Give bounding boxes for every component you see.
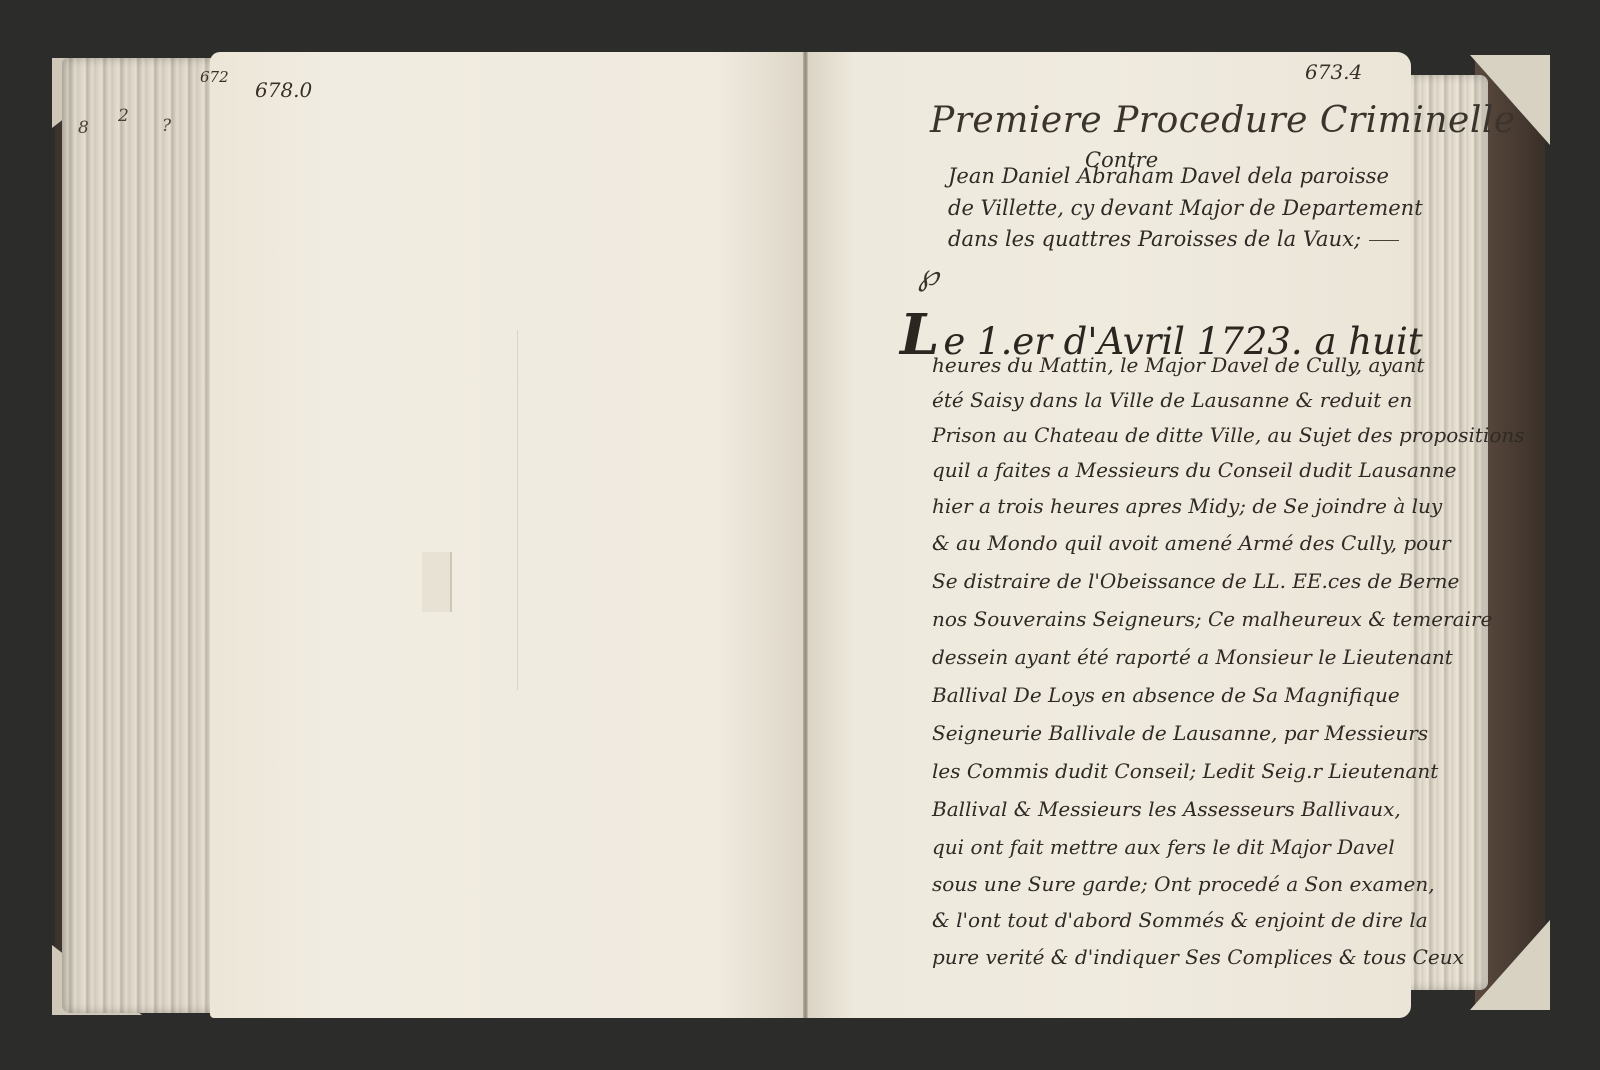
page-fold-crease (517, 330, 518, 690)
folio-number-left: 678.0 (255, 78, 312, 102)
body-line: & l'ont tout d'abord Sommés & enjoint de… (932, 908, 1428, 932)
body-line: sous une Sure garde; Ont procedé a Son e… (932, 872, 1435, 896)
fore-edge-mark: ? (162, 116, 171, 136)
left-page-stack: 8 2 ? (62, 58, 232, 1013)
body-line: pure verité & d'indiquer Ses Complices &… (932, 945, 1464, 969)
fore-edge-mark: 2 (118, 106, 129, 126)
folio-number-right: 673.4 (1305, 60, 1362, 84)
body-line: quil a faites a Messieurs du Conseil dud… (932, 458, 1456, 482)
folio-number-previous: 672 (200, 68, 229, 86)
body-line: dessein ayant été raporté a Monsieur le … (932, 645, 1453, 669)
subtitle-line: Jean Daniel Abraham Davel dela paroisse (948, 164, 1389, 188)
fore-edge-mark: 8 (78, 118, 89, 138)
document-title: Premiere Procedure Criminelle (930, 100, 1516, 141)
body-line: les Commis dudit Conseil; Ledit Seig.r L… (932, 759, 1438, 783)
body-line: nos Souverains Seigneurs; Ce malheureux … (932, 607, 1492, 631)
body-line: hier a trois heures apres Midy; de Se jo… (932, 494, 1442, 518)
body-line: qui ont fait mettre aux fers le dit Majo… (932, 835, 1395, 859)
body-line: Prison au Chateau de ditte Ville, au Suj… (932, 423, 1525, 447)
body-line: Se distraire de l'Obeissance de LL. EE.c… (932, 569, 1459, 593)
body-line: été Saisy dans la Ville de Lausanne & re… (932, 388, 1412, 412)
subtitle-line-text: dans les quattres Paroisses de la Vaux; (948, 227, 1361, 251)
paragraph-flourish-icon: ℘ (918, 258, 939, 293)
subtitle-line: dans les quattres Paroisses de la Vaux; (948, 227, 1399, 251)
left-page (210, 52, 808, 1018)
body-line: Seigneurie Ballivale de Lausanne, par Me… (932, 721, 1428, 745)
subtitle-line: de Villette, cy devant Major de Departem… (948, 196, 1423, 220)
body-line: Ballival & Messieurs les Assesseurs Ball… (932, 797, 1401, 821)
torn-page-edge (422, 552, 452, 612)
line-end-dash (1369, 240, 1399, 241)
manuscript-photo: 8 2 ? 672 678.0 673.4 Premiere Procedure… (0, 0, 1600, 1070)
body-line: & au Mondo quil avoit amené Armé des Cul… (932, 531, 1451, 555)
body-line: heures du Mattin, le Major Davel de Cull… (932, 353, 1425, 377)
body-line: Ballival De Loys en absence de Sa Magnif… (932, 683, 1400, 707)
book-gutter (803, 52, 808, 1018)
